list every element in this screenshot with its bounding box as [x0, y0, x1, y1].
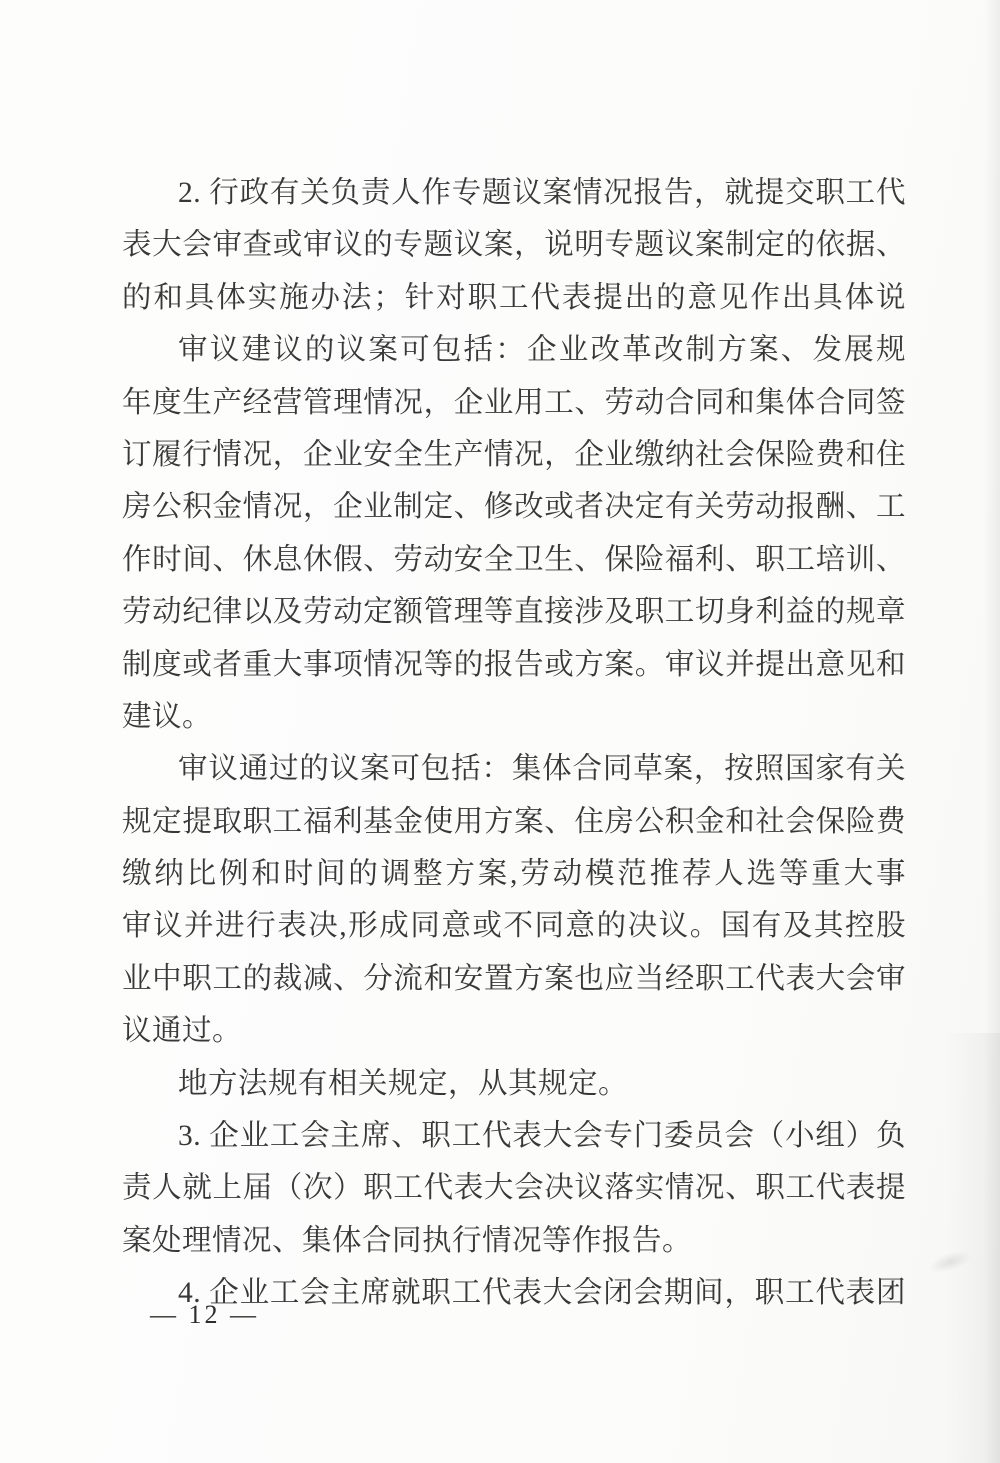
text-line: 3. 企业工会主席、职工代表大会专门委员会（小组）负: [122, 1110, 906, 1162]
text-line: 的和具体实施办法；针对职工代表提出的意见作出具体说明。: [122, 272, 906, 324]
scanned-page: 2. 行政有关负责人作专题议案情况报告，就提交职工代表大会审查或审议的专题议案，…: [0, 0, 1000, 1463]
text-line: 房公积金情况，企业制定、修改或者决定有关劳动报酬、工: [122, 481, 906, 533]
text-line: 2. 行政有关负责人作专题议案情况报告，就提交职工代: [122, 167, 906, 219]
text-line: 年度生产经营管理情况，企业用工、劳动合同和集体合同签: [122, 377, 906, 429]
text-line: 议通过。: [122, 1005, 906, 1057]
text-line: 业中职工的裁减、分流和安置方案也应当经职工代表大会审: [122, 953, 906, 1005]
text-line: 订履行情况，企业安全生产情况，企业缴纳社会保险费和住: [122, 429, 906, 481]
text-line: 作时间、休息休假、劳动安全卫生、保险福利、职工培训、: [122, 534, 906, 586]
paragraph: 2. 行政有关负责人作专题议案情况报告，就提交职工代表大会审查或审议的专题议案，…: [122, 167, 906, 324]
text-line: 案处理情况、集体合同执行情况等作报告。: [122, 1215, 906, 1267]
text-line: 劳动纪律以及劳动定额管理等直接涉及职工切身利益的规章: [122, 586, 906, 638]
page-number: — 12 —: [150, 1300, 259, 1329]
text-line: 审议并进行表决,形成同意或不同意的决议。国有及其控股企: [122, 900, 906, 952]
text-line: 建议。: [122, 691, 906, 743]
text-line: 表大会审查或审议的专题议案，说明专题议案制定的依据、目: [122, 219, 906, 271]
bottom-right-shade: [945, 1033, 1000, 1463]
document-body: 2. 行政有关负责人作专题议案情况报告，就提交职工代表大会审查或审议的专题议案，…: [122, 167, 906, 1320]
text-line: 制度或者重大事项情况等的报告或方案。审议并提出意见和: [122, 639, 906, 691]
paragraph: 审议通过的议案可包括：集体合同草案，按照国家有关规定提取职工福利基金使用方案、住…: [122, 743, 906, 1057]
paragraph: 地方法规有相关规定，从其规定。: [122, 1058, 906, 1110]
text-line: 审议通过的议案可包括：集体合同草案，按照国家有关: [122, 743, 906, 795]
paragraph: 3. 企业工会主席、职工代表大会专门委员会（小组）负责人就上届（次）职工代表大会…: [122, 1110, 906, 1267]
text-line: 审议建议的议案可包括：企业改革改制方案、发展规划、: [122, 324, 906, 376]
text-line: 缴纳比例和时间的调整方案,劳动模范推荐人选等重大事项。: [122, 848, 906, 900]
text-line: 规定提取职工福利基金使用方案、住房公积金和社会保险费: [122, 796, 906, 848]
right-edge-shadow: [984, 0, 1000, 1463]
text-line: 地方法规有相关规定，从其规定。: [122, 1058, 906, 1110]
ink-smudge: [926, 1247, 973, 1278]
page-footer: — 12 —: [150, 1300, 259, 1330]
text-line: 责人就上届（次）职工代表大会决议落实情况、职工代表提: [122, 1162, 906, 1214]
paragraph: 审议建议的议案可包括：企业改革改制方案、发展规划、年度生产经营管理情况，企业用工…: [122, 324, 906, 743]
